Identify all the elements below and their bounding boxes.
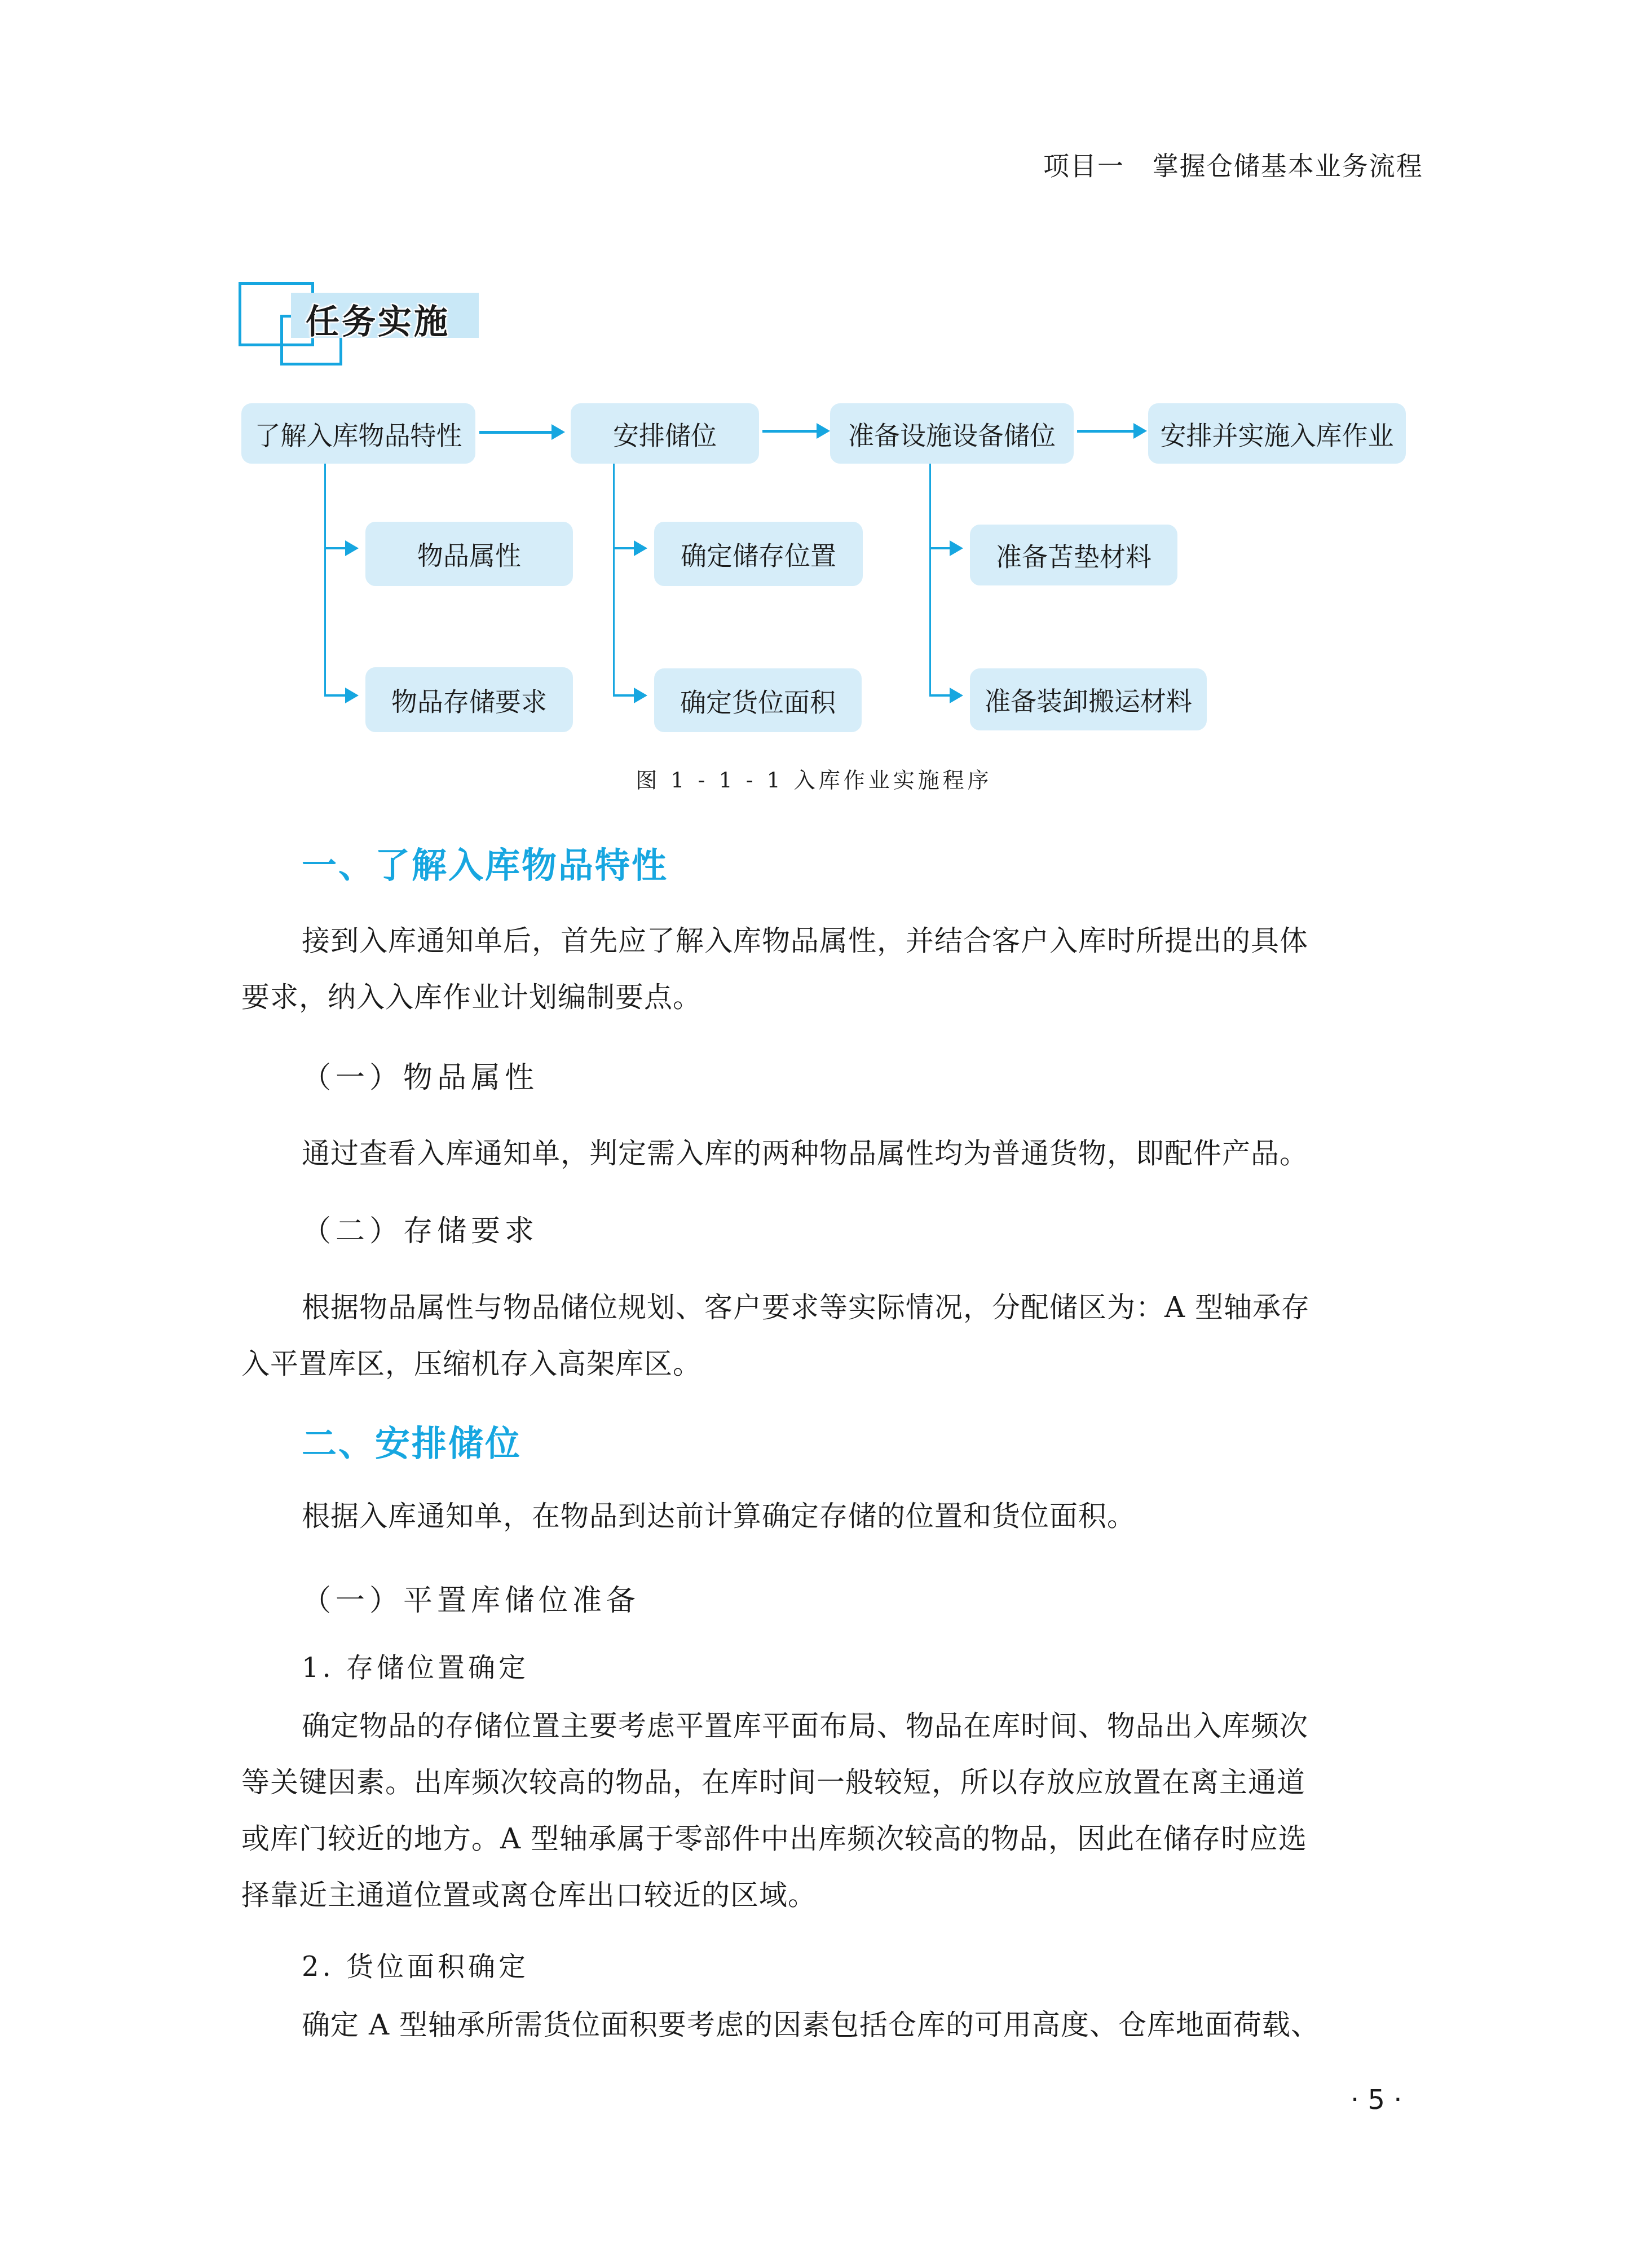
paragraph-line: 确定物品的存储位置主要考虑平置库平面布局、物品在库时间、物品出入库频次 xyxy=(241,1698,1308,1754)
paragraph-line: 等关键因素。出库频次较高的物品，在库时间一般较短，所以存放应放置在离主通道 xyxy=(241,1754,1308,1811)
section-heading: 一、了解入库物品特性 xyxy=(302,838,668,888)
paragraph-line: 接到入库通知单后，首先应了解入库物品属性，并结合客户入库时所提出的具体 xyxy=(241,913,1426,969)
section-heading: 二、安排储位 xyxy=(302,1416,522,1466)
arrow-right-icon xyxy=(1133,423,1147,439)
flow-substep: 物品属性 xyxy=(365,522,573,586)
arrow-right-icon xyxy=(345,540,359,556)
flow-connector xyxy=(479,431,553,434)
figure-caption: 图 1 - 1 - 1 入库作业实施程序 xyxy=(0,763,1628,794)
banner-title: 任务实施 xyxy=(306,295,450,343)
item-heading: 2. 货位面积确定 xyxy=(302,1945,529,1984)
arrow-right-icon xyxy=(817,423,830,439)
paragraph-line: 根据物品属性与物品储位规划、客户要求等实际情况，分配储区为：A 型轴承存 xyxy=(241,1279,1310,1336)
paragraph-line: 择靠近主通道位置或离仓库出口较近的区域。 xyxy=(241,1867,1308,1923)
branch-line xyxy=(324,464,326,696)
paragraph: 确定 A 型轴承所需货位面积要考虑的因素包括仓库的可用高度、仓库地面荷载、 xyxy=(302,1997,1320,2053)
branch-connector xyxy=(613,547,636,549)
branch-line xyxy=(929,464,931,696)
subsection-heading: （二）存储要求 xyxy=(302,1207,539,1249)
paragraph: 根据物品属性与物品储位规划、客户要求等实际情况，分配储区为：A 型轴承存 入平置… xyxy=(241,1279,1310,1392)
flow-substep: 物品存储要求 xyxy=(365,667,573,732)
flow-substep: 准备装卸搬运材料 xyxy=(970,668,1207,730)
paragraph-line: 入平置库区，压缩机存入高架库区。 xyxy=(241,1336,1310,1392)
paragraph-line: 或库门较近的地方。A 型轴承属于零部件中出库频次较高的物品，因此在储存时应选 xyxy=(241,1811,1308,1867)
arrow-right-icon xyxy=(345,688,359,703)
flow-substep: 准备苫垫材料 xyxy=(970,525,1177,585)
arrow-right-icon xyxy=(552,424,565,440)
arrow-right-icon xyxy=(634,540,647,556)
item-heading: 1. 存储位置确定 xyxy=(302,1646,529,1685)
flow-step-4: 安排并实施入库作业 xyxy=(1148,403,1406,464)
paragraph-line: 通过查看入库通知单，判定需入库的两种物品属性均为普通货物，即配件产品。 xyxy=(302,1125,1308,1182)
subsection-heading: （一）物品属性 xyxy=(302,1054,539,1096)
running-head: 项目一 掌握仓储基本业务流程 xyxy=(1043,146,1423,183)
arrow-right-icon xyxy=(950,540,963,556)
flow-step-2: 安排储位 xyxy=(571,403,759,464)
paragraph: 根据入库通知单，在物品到达前计算确定存储的位置和货位面积。 xyxy=(302,1488,1136,1544)
paragraph-line: 确定 A 型轴承所需货位面积要考虑的因素包括仓库的可用高度、仓库地面荷载、 xyxy=(302,1997,1320,2053)
branch-connector xyxy=(929,694,952,697)
flow-substep: 确定货位面积 xyxy=(654,668,862,732)
page-number: · 5 · xyxy=(1351,2084,1402,2116)
flow-substep: 确定储存位置 xyxy=(654,522,863,586)
flow-connector xyxy=(762,430,819,433)
paragraph: 确定物品的存储位置主要考虑平置库平面布局、物品在库时间、物品出入库频次 等关键因… xyxy=(241,1698,1308,1923)
arrow-right-icon xyxy=(950,688,963,703)
subsection-heading: （一）平置库储位准备 xyxy=(302,1576,640,1619)
branch-connector xyxy=(324,547,347,549)
paragraph: 通过查看入库通知单，判定需入库的两种物品属性均为普通货物，即配件产品。 xyxy=(302,1125,1308,1182)
branch-connector xyxy=(929,547,952,549)
flow-connector xyxy=(1077,430,1136,433)
branch-line xyxy=(613,464,615,696)
paragraph: 接到入库通知单后，首先应了解入库物品属性，并结合客户入库时所提出的具体 要求，纳… xyxy=(241,913,1426,1025)
flow-step-1: 了解入库物品特性 xyxy=(241,403,475,464)
branch-connector xyxy=(324,694,347,697)
branch-connector xyxy=(613,694,636,697)
paragraph-line: 要求，纳入入库作业计划编制要点。 xyxy=(241,969,1426,1025)
flow-step-3: 准备设施设备储位 xyxy=(830,403,1074,464)
arrow-right-icon xyxy=(634,688,647,703)
paragraph-line: 根据入库通知单，在物品到达前计算确定存储的位置和货位面积。 xyxy=(302,1488,1136,1544)
